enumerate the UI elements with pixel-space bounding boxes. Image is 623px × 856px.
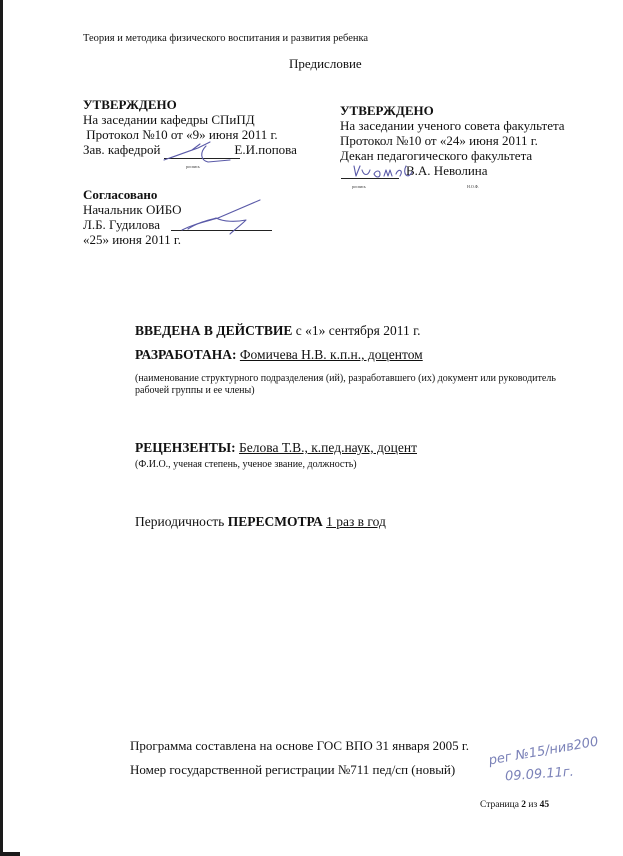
signature-popova-icon — [160, 138, 250, 168]
approval-right-line3: Декан педагогического факультета — [340, 148, 565, 163]
revision-label: ПЕРЕСМОТРА — [228, 514, 323, 529]
handwritten-date: 09.09.11г. — [505, 765, 575, 785]
agreed-heading: Согласовано — [83, 187, 182, 202]
reviewers-note: (Ф.И.О., ученая степень, ученое звание, … — [135, 459, 357, 471]
effective-label: ВВЕДЕНА В ДЕЙСТВИЕ — [135, 323, 292, 338]
reviewers-value: Белова Т.В., к.пед.наук, доцент — [239, 440, 417, 455]
name-caption-right: Н.О.Ф. — [467, 184, 479, 189]
developed-note: (наименование структурного подразделения… — [135, 373, 556, 397]
approval-right-line2: Протокол №10 от «24» июня 2011 г. — [340, 133, 565, 148]
signature-gudilova-icon — [180, 196, 275, 238]
revision-prefix: Периодичность — [135, 514, 228, 529]
signature-caption-right: роспись — [352, 184, 366, 189]
reviewers-label: РЕЦЕНЗЕНТЫ: — [135, 440, 236, 455]
document-header-title: Теория и методика физического воспитания… — [83, 33, 368, 44]
handwritten-registration: рег №15/нив200 — [488, 734, 600, 768]
developed-line: РАЗРАБОТАНА: Фомичева Н.В. к.п.н., доцен… — [135, 347, 423, 363]
effective-text: с «1» сентября 2011 г. — [292, 323, 420, 338]
reviewers-line: РЕЦЕНЗЕНТЫ: Белова Т.В., к.пед.наук, доц… — [135, 440, 417, 456]
section-title: Предисловие — [289, 56, 362, 72]
scan-edge-bottom — [0, 852, 20, 856]
scan-edge-left — [0, 0, 3, 856]
revision-line: Периодичность ПЕРЕСМОТРА 1 раз в год — [135, 514, 386, 530]
approval-left-line1: На заседании кафедры СПиПД — [83, 112, 297, 127]
approval-left-signer-role: Зав. кафедрой — [83, 142, 160, 157]
agreed-name: Л.Б. Гудилова — [83, 217, 182, 232]
approval-right-line1: На заседании ученого совета факультета — [340, 118, 565, 133]
signature-nevolina-icon — [350, 162, 420, 182]
revision-value: 1 раз в год — [326, 514, 386, 529]
developed-note-line1: (наименование структурного подразделения… — [135, 373, 556, 385]
agreed-role: Начальник ОИБО — [83, 202, 182, 217]
developed-label: РАЗРАБОТАНА: — [135, 347, 237, 362]
developed-note-line2: рабочей группы и ее члены) — [135, 385, 556, 397]
page-total: 45 — [540, 800, 550, 810]
agreed-date: «25» июня 2011 г. — [83, 232, 182, 247]
developed-value: Фомичева Н.В. к.п.н., доцентом — [240, 347, 423, 362]
registration-number: Номер государственной регистрации №711 п… — [130, 762, 455, 778]
approval-right-heading: УТВЕРЖДЕНО — [340, 103, 565, 118]
program-basis: Программа составлена на основе ГОС ВПО 3… — [130, 738, 469, 754]
effective-line: ВВЕДЕНА В ДЕЙСТВИЕ с «1» сентября 2011 г… — [135, 323, 421, 339]
approval-left-heading: УТВЕРЖДЕНО — [83, 97, 297, 112]
agreed-block: Согласовано Начальник ОИБО Л.Б. Гудилова… — [83, 187, 182, 247]
page-number: Страница 2 из 45 — [480, 800, 549, 810]
